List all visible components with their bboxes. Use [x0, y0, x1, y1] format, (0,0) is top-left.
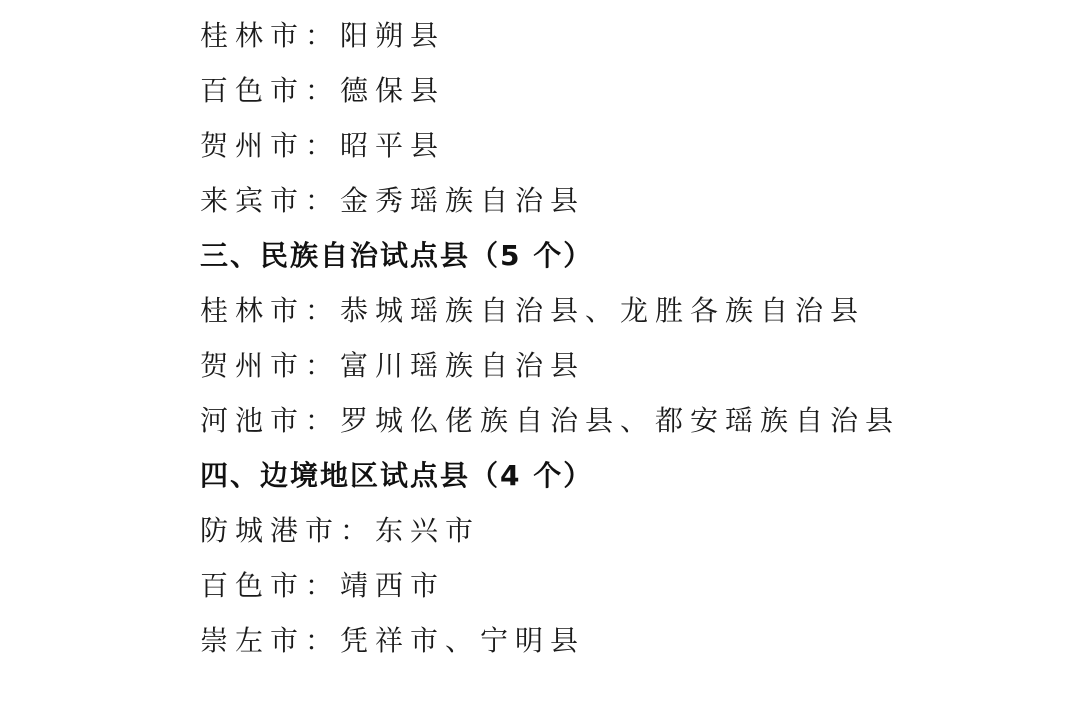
separator: ：	[305, 349, 340, 382]
separator: ：	[305, 294, 340, 327]
county-list: 恭城瑶族自治县、龙胜各族自治县	[340, 294, 865, 327]
separator: ：	[305, 569, 340, 602]
entry-line: 防城港市：东兴市	[200, 509, 1060, 564]
city-name: 来宾市	[200, 184, 305, 217]
section-heading-border-region: 四、边境地区试点县（4 个）	[200, 454, 1060, 509]
county-list: 阳朔县	[340, 19, 445, 52]
entry-line: 百色市：德保县	[200, 69, 1060, 124]
city-name: 河池市	[200, 404, 305, 437]
county-list: 金秀瑶族自治县	[340, 184, 585, 217]
city-name: 百色市	[200, 569, 305, 602]
document-body: 桂林市：阳朔县 百色市：德保县 贺州市：昭平县 来宾市：金秀瑶族自治县 三、民族…	[200, 14, 1060, 674]
city-name: 崇左市	[200, 624, 305, 657]
city-name: 贺州市	[200, 349, 305, 382]
city-name: 桂林市	[200, 294, 305, 327]
city-name: 防城港市	[200, 514, 340, 547]
entry-line: 来宾市：金秀瑶族自治县	[200, 179, 1060, 234]
entry-line: 桂林市：恭城瑶族自治县、龙胜各族自治县	[200, 289, 1060, 344]
entry-line: 贺州市：昭平县	[200, 124, 1060, 179]
entry-line: 桂林市：阳朔县	[200, 14, 1060, 69]
entry-line: 崇左市：凭祥市、宁明县	[200, 619, 1060, 674]
entry-line: 百色市：靖西市	[200, 564, 1060, 619]
separator: ：	[305, 129, 340, 162]
county-list: 东兴市	[375, 514, 480, 547]
section-heading-ethnic-autonomous: 三、民族自治试点县（5 个）	[200, 234, 1060, 289]
separator: ：	[305, 184, 340, 217]
county-list: 昭平县	[340, 129, 445, 162]
separator: ：	[305, 19, 340, 52]
entry-line: 河池市：罗城仫佬族自治县、都安瑶族自治县	[200, 399, 1060, 454]
entry-line: 贺州市：富川瑶族自治县	[200, 344, 1060, 399]
city-name: 桂林市	[200, 19, 305, 52]
county-list: 靖西市	[340, 569, 445, 602]
city-name: 贺州市	[200, 129, 305, 162]
separator: ：	[340, 514, 375, 547]
separator: ：	[305, 404, 340, 437]
separator: ：	[305, 624, 340, 657]
county-list: 凭祥市、宁明县	[340, 624, 585, 657]
county-list: 德保县	[340, 74, 445, 107]
county-list: 富川瑶族自治县	[340, 349, 585, 382]
county-list: 罗城仫佬族自治县、都安瑶族自治县	[340, 404, 900, 437]
separator: ：	[305, 74, 340, 107]
city-name: 百色市	[200, 74, 305, 107]
